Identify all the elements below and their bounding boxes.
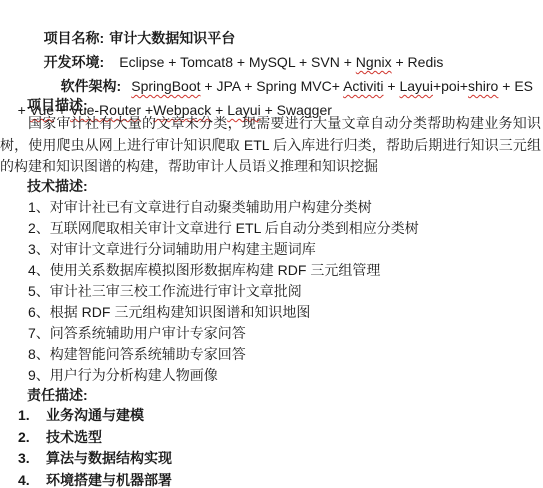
tech-item: 9、用户行为分析构建人物画像 xyxy=(0,365,543,386)
project-name-value: 审计大数据知识平台 xyxy=(109,30,235,46)
tech-desc-heading: 技术描述: xyxy=(0,178,543,197)
resp-item: 3.算法与数据结构实现 xyxy=(0,448,543,470)
dev-env-value: Eclipse + Tomcat8 + MySQL + SVN + Ngnix … xyxy=(119,54,443,70)
resp-item-number: 2. xyxy=(18,427,46,449)
tech-item: 8、构建智能问答系统辅助专家回答 xyxy=(0,344,543,365)
resp-item: 2.技术选型 xyxy=(0,427,543,449)
resp-item-text: 业务沟通与建模 xyxy=(46,407,144,423)
resp-item-text: 环境搭建与机器部署 xyxy=(46,472,172,488)
text-segment: + ES xyxy=(498,78,533,94)
resp-item: 1.业务沟通与建模 xyxy=(0,405,543,427)
resp-desc-heading: 责任描述: xyxy=(0,386,543,405)
architecture-label: 软件架构: xyxy=(61,78,122,94)
architecture-value-line1: SpringBoot + JPA + Spring MVC+ Activiti … xyxy=(131,78,533,94)
project-name-line: 项目名称:审计大数据知识平台 xyxy=(0,2,543,26)
resp-item-number: 1. xyxy=(18,405,46,427)
text-segment: + JPA + Spring MVC+ xyxy=(201,78,344,94)
tech-items-list: 1、对审计社已有文章进行自动聚类辅助用户构建分类树 2、互联网爬取相关审计文章进… xyxy=(0,197,543,386)
resp-items-list: 1.业务沟通与建模 2.技术选型 3.算法与数据结构实现 4.环境搭建与机器部署 xyxy=(0,405,543,488)
resp-item-number: 3. xyxy=(18,448,46,470)
text-segment: +poi+ xyxy=(433,78,468,94)
text-segment: Eclipse + Tomcat8 + MySQL + SVN + xyxy=(119,54,356,70)
resp-item: 4.环境搭建与机器部署 xyxy=(0,470,543,488)
text-segment: + xyxy=(384,78,400,94)
misspelled-word: SpringBoot xyxy=(131,78,200,94)
tech-item: 4、使用关系数据库模拟图形数据库构建 RDF 三元组管理 xyxy=(0,260,543,281)
dev-env-label: 开发环境: xyxy=(44,54,105,70)
resume-project-section: 项目名称:审计大数据知识平台 开发环境:Eclipse + Tomcat8 + … xyxy=(0,0,543,488)
tech-item: 2、互联网爬取相关审计文章进行 ETL 后自动分类到相应分类树 xyxy=(0,218,543,239)
misspelled-word: Activiti xyxy=(343,78,383,94)
resp-item-text: 算法与数据结构实现 xyxy=(46,450,172,466)
tech-item: 3、对审计文章进行分词辅助用户构建主题词库 xyxy=(0,239,543,260)
text-segment: + Redis xyxy=(392,54,444,70)
misspelled-word: shiro xyxy=(468,78,498,94)
resp-item-text: 技术选型 xyxy=(46,429,102,445)
misspelled-word: Layui xyxy=(399,78,432,94)
tech-item: 5、审计社三审三校工作流进行审计文章批阅 xyxy=(0,281,543,302)
tech-item: 6、根据 RDF 三元组构建知识图谱和知识地图 xyxy=(0,302,543,323)
misspelled-word: Ngnix xyxy=(356,54,392,70)
tech-item: 7、问答系统辅助用户审计专家问答 xyxy=(0,323,543,344)
project-name-label: 项目名称: xyxy=(44,30,105,46)
project-desc-paragraph: 国家审计社有大量的文章未分类，现需要进行大量文章自动分类帮助构建业务知识树，使用… xyxy=(0,113,543,178)
tech-item: 1、对审计社已有文章进行自动聚类辅助用户构建分类树 xyxy=(0,197,543,218)
resp-item-number: 4. xyxy=(18,470,46,488)
